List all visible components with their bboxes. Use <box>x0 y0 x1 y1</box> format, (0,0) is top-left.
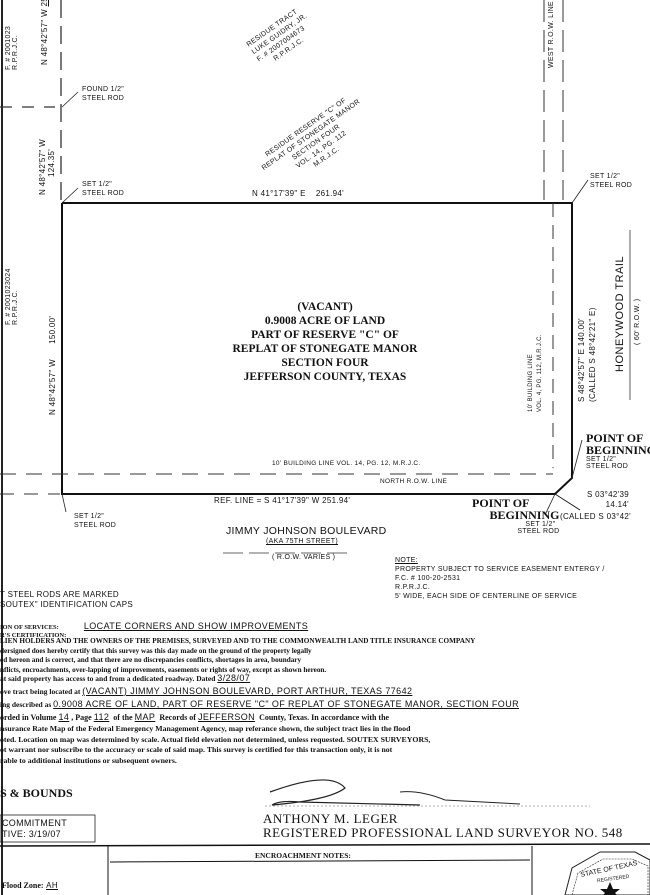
east-call: S 48°42'57" E 140.00' (CALLED S 48°42'21… <box>576 307 598 402</box>
left-mid-call: N 48°42'57" W 124.35' <box>38 139 56 195</box>
corner-called: (CALLED S 03°42' <box>560 512 631 521</box>
east-building-line-label: 10' BUILDING LINE VOL. 4, PG. 112, M.R.J… <box>527 334 545 412</box>
tract-title: (VACANT) 0.9008 ACRE OF LAND PART OF RES… <box>200 300 450 384</box>
flood-zone-value: AH <box>46 881 58 890</box>
described-field: 0.9008 ACRE OF LAND, PART OF RESERVE "C"… <box>53 699 519 709</box>
pob-ne-label: POINT OF BEGINNING SET 1/2" STEEL ROD <box>586 432 650 470</box>
left-upper-call: N 48°42'57" W 252.63' <box>40 0 49 65</box>
certification-body: nsurance Rate Map of the Federal Emergen… <box>0 724 430 766</box>
dated-field: 3/28/07 <box>217 673 250 683</box>
west-row-line-label: WEST R.O.W. LINE <box>548 1 555 68</box>
street-aka-label: (AKA 75TH STREET) <box>266 538 338 545</box>
set-rod-ne-label: SET 1/2"STEEL ROD <box>590 172 632 190</box>
pob-s-label: POINT OF BEGINNING SET 1/2" STEEL ROD <box>472 497 559 535</box>
north-row-line-label: NORTH R.O.W. LINE <box>380 478 447 485</box>
adjacent-record-mid: F. # 2001023024 R.P.R.J.C. <box>5 268 19 325</box>
north-call: N 41°17'39" E 261.94' <box>252 189 344 198</box>
located-field: (VACANT) JIMMY JOHNSON BOULEVARD, PORT A… <box>82 686 412 696</box>
adjacent-record-top: F. # 2001023 R.P.R.J.C. <box>5 26 19 70</box>
street-row-label: ( R.O.W. VARIES ) <box>272 554 335 561</box>
certification-fill-ins: at said property has access to and from … <box>0 672 519 724</box>
commitment-box: COMMITMENT TIVE: 3/19/07 <box>2 818 67 840</box>
south-building-line-label: 10' BUILDING LINE VOL. 14, PG. 12, M.R.J… <box>272 460 421 467</box>
certification-text: LIEN HOLDERS AND THE OWNERS OF THE PREMI… <box>0 637 475 675</box>
jimmy-johnson-blvd-label: JIMMY JOHNSON BOULEVARD <box>226 525 387 537</box>
easement-note: NOTE: PROPERTY SUBJECT TO SERVICE EASEME… <box>395 556 605 601</box>
ref-line-call: REF. LINE = S 41°17'39" W 251.94' <box>214 496 350 505</box>
surveyor-block: ANTHONY M. LEGER REGISTERED PROFESSIONAL… <box>263 812 623 840</box>
honeywood-row-label: ( 60' R.O.W. ) <box>634 299 641 345</box>
found-rod-label: FOUND 1/2"STEEL ROD <box>82 85 124 103</box>
metes-bounds-heading: S & BOUNDS <box>0 786 73 801</box>
corner-call: S 03°42'39 14.14' <box>587 490 629 510</box>
honeywood-trail-label: HONEYWOOD TRAIL <box>614 256 626 372</box>
rods-note: T STEEL RODS ARE MARKED SOUTEX" IDENTIFI… <box>0 590 133 610</box>
set-rod-sw-label: SET 1/2"STEEL ROD <box>74 512 116 530</box>
set-rod-nw-label: SET 1/2"STEEL ROD <box>82 180 124 198</box>
encroachment-notes-label: ENCROACHMENT NOTES: <box>255 850 351 861</box>
flood-zone-row: Flood Zone: AH <box>2 880 58 891</box>
left-main-call: N 48°42'57" W 150.00' <box>48 316 57 415</box>
